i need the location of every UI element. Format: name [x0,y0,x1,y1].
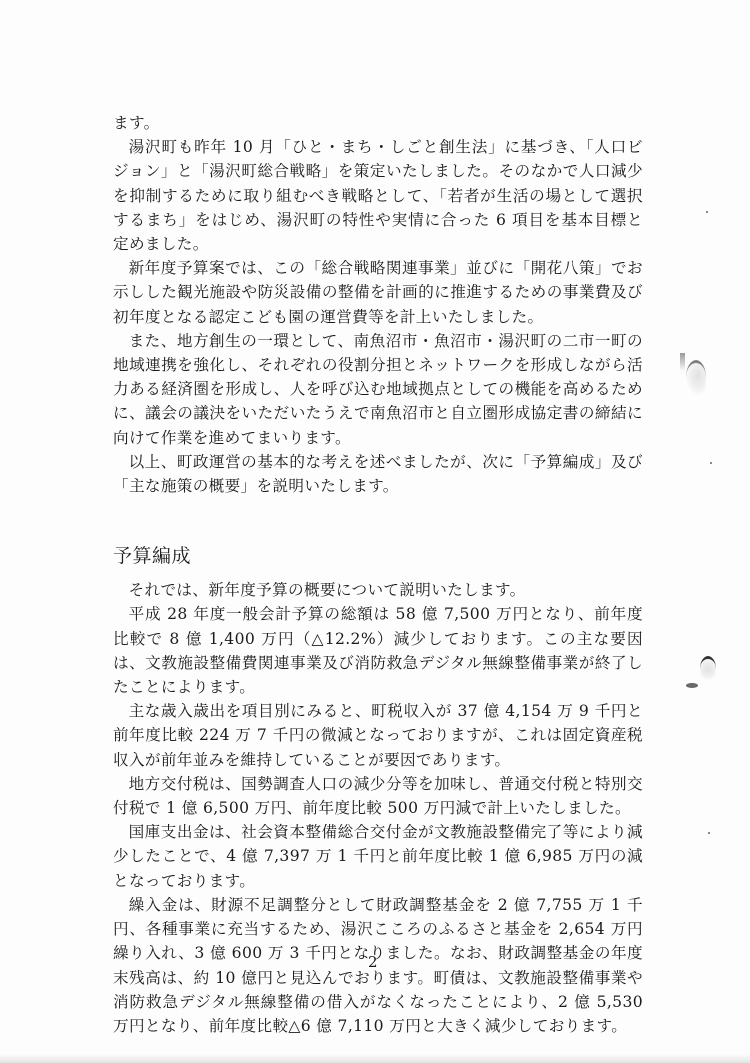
scan-speck [708,832,710,834]
section-heading-budget: 予算編成 [113,542,643,570]
paragraph-general-account: 平成 28 年度一般会計予算の総額は 58 億 7,500 万円となり、前年度比… [113,602,643,699]
scan-speck [706,211,708,213]
paragraph-national-treasury: 国庫支出金は、社会資本整備総合交付金が文教施設整備完了等により減少したことで、4… [113,820,643,893]
paragraph-transition: 以上、町政運営の基本的な考えを述べましたが、次に「予算編成」及び「主な施策の概要… [113,450,643,498]
paragraph-strategy: 湯沢町も昨年 10 月「ひと・まち・しごと創生法」に基づき、「人口ビジョン」と「… [113,135,643,256]
paragraph-local-allocation-tax: 地方交付税は、国勢調査人口の減少分等を加味し、普通交付税と特別交付税で 1 億 … [113,772,643,820]
page-body: ます。 湯沢町も昨年 10 月「ひと・まち・しごと創生法」に基づき、「人口ビジョ… [113,111,643,1038]
paragraph-continuation: ます。 [113,111,643,135]
paragraph-town-tax: 主な歳入歳出を項目別にみると、町税収入が 37 億 4,154 万 9 千円と前… [113,699,643,772]
paragraph-budget-intro: それでは、新年度予算の概要について説明いたします。 [113,578,643,602]
paragraph-regional-cooperation: また、地方創生の一環として、南魚沼市・魚沼市・湯沢町の二市一町の地域連携を強化し… [113,329,643,450]
page-number: 2 [368,953,378,971]
punch-hole-artifact [686,360,706,395]
scan-speck [432,933,434,935]
scan-speck [710,462,712,464]
paragraph-new-budget: 新年度予算案では、この「総合戦略関連事業」並びに「開花八策」でお示しした観光施設… [113,256,643,329]
paragraph-transfers-bonds: 繰入金は、財源不足調整分として財政調整基金を 2 億 7,755 万 1 千円、… [113,893,643,1038]
document-page: ます。 湯沢町も昨年 10 月「ひと・まち・しごと創生法」に基づき、「人口ビジョ… [0,0,750,1063]
scan-edge-shadow [0,1054,750,1063]
scan-smudge-artifact [686,683,698,688]
punch-hole-artifact [700,656,716,681]
